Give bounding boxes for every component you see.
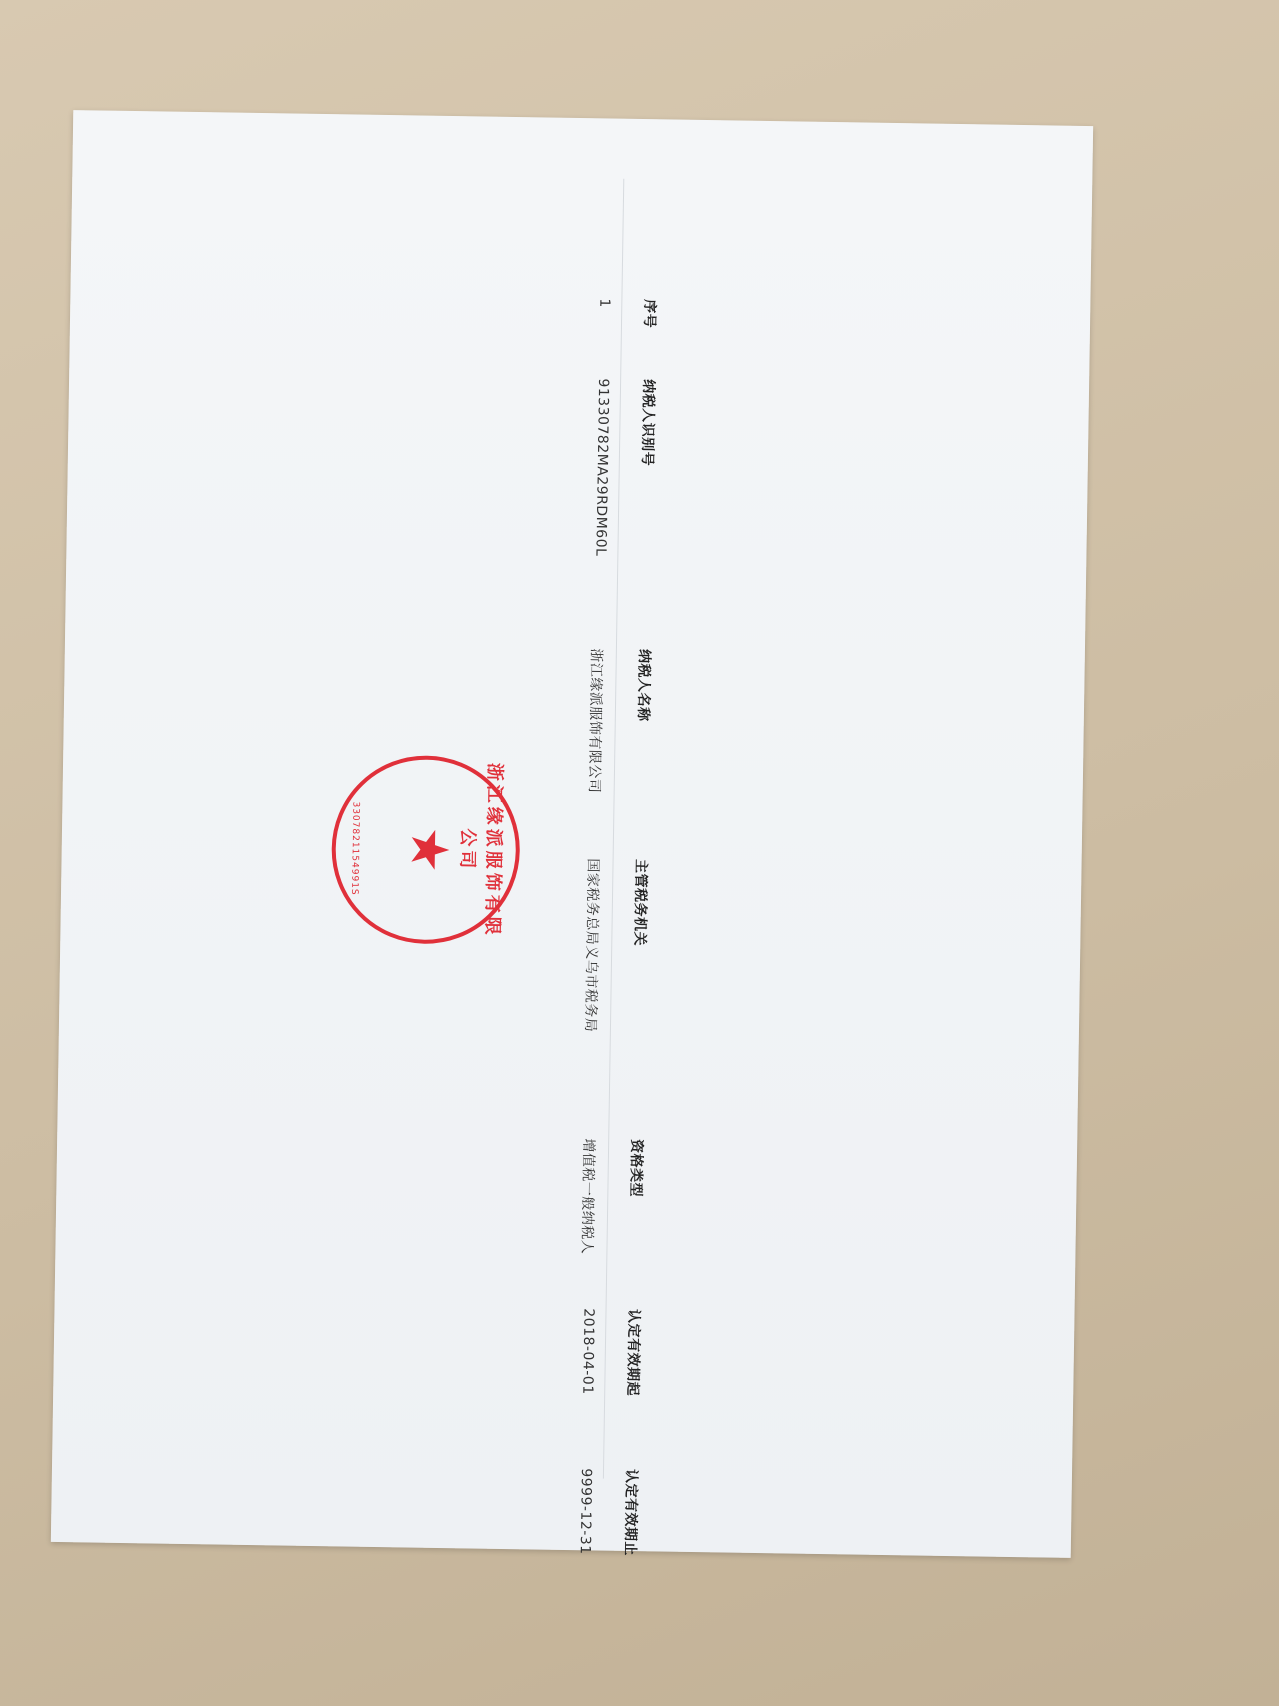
seal-company-name: 浙江缘派服饰有限公司: [454, 760, 509, 941]
header-qualification-type: 资格类型: [626, 1139, 647, 1197]
company-seal: 浙江缘派服饰有限公司 ★ 3307821154991S: [330, 754, 521, 945]
cell-taxpayer-name: 浙江缘派服饰有限公司: [585, 648, 607, 793]
cell-valid-from: 2018-04-01: [579, 1308, 596, 1395]
document-page: 序号 纳税人识别号 纳税人名称 主管税务机关 资格类型 认定有效期起 认定有效期…: [51, 110, 1093, 1558]
header-valid-from: 认定有效期起: [623, 1309, 644, 1396]
cell-tax-authority: 国家税务总局义乌市税务局: [581, 858, 604, 1032]
header-tax-authority: 主管税务机关: [630, 859, 651, 946]
header-taxpayer-id: 纳税人识别号: [638, 379, 659, 466]
header-valid-to: 认定有效期止: [621, 1469, 642, 1556]
header-divider: [603, 179, 624, 1479]
header-index: 序号: [640, 299, 660, 328]
header-taxpayer-name: 纳税人名称: [634, 649, 655, 722]
cell-qualification-type: 增值税一般纳税人: [577, 1138, 599, 1254]
cell-index: 1: [596, 298, 612, 308]
star-icon: ★: [398, 826, 459, 874]
cell-taxpayer-id: 91330782MA29RDM60L: [592, 378, 611, 556]
cell-valid-to: 9999-12-31: [577, 1468, 594, 1555]
seal-code: 3307821154991S: [348, 759, 361, 939]
